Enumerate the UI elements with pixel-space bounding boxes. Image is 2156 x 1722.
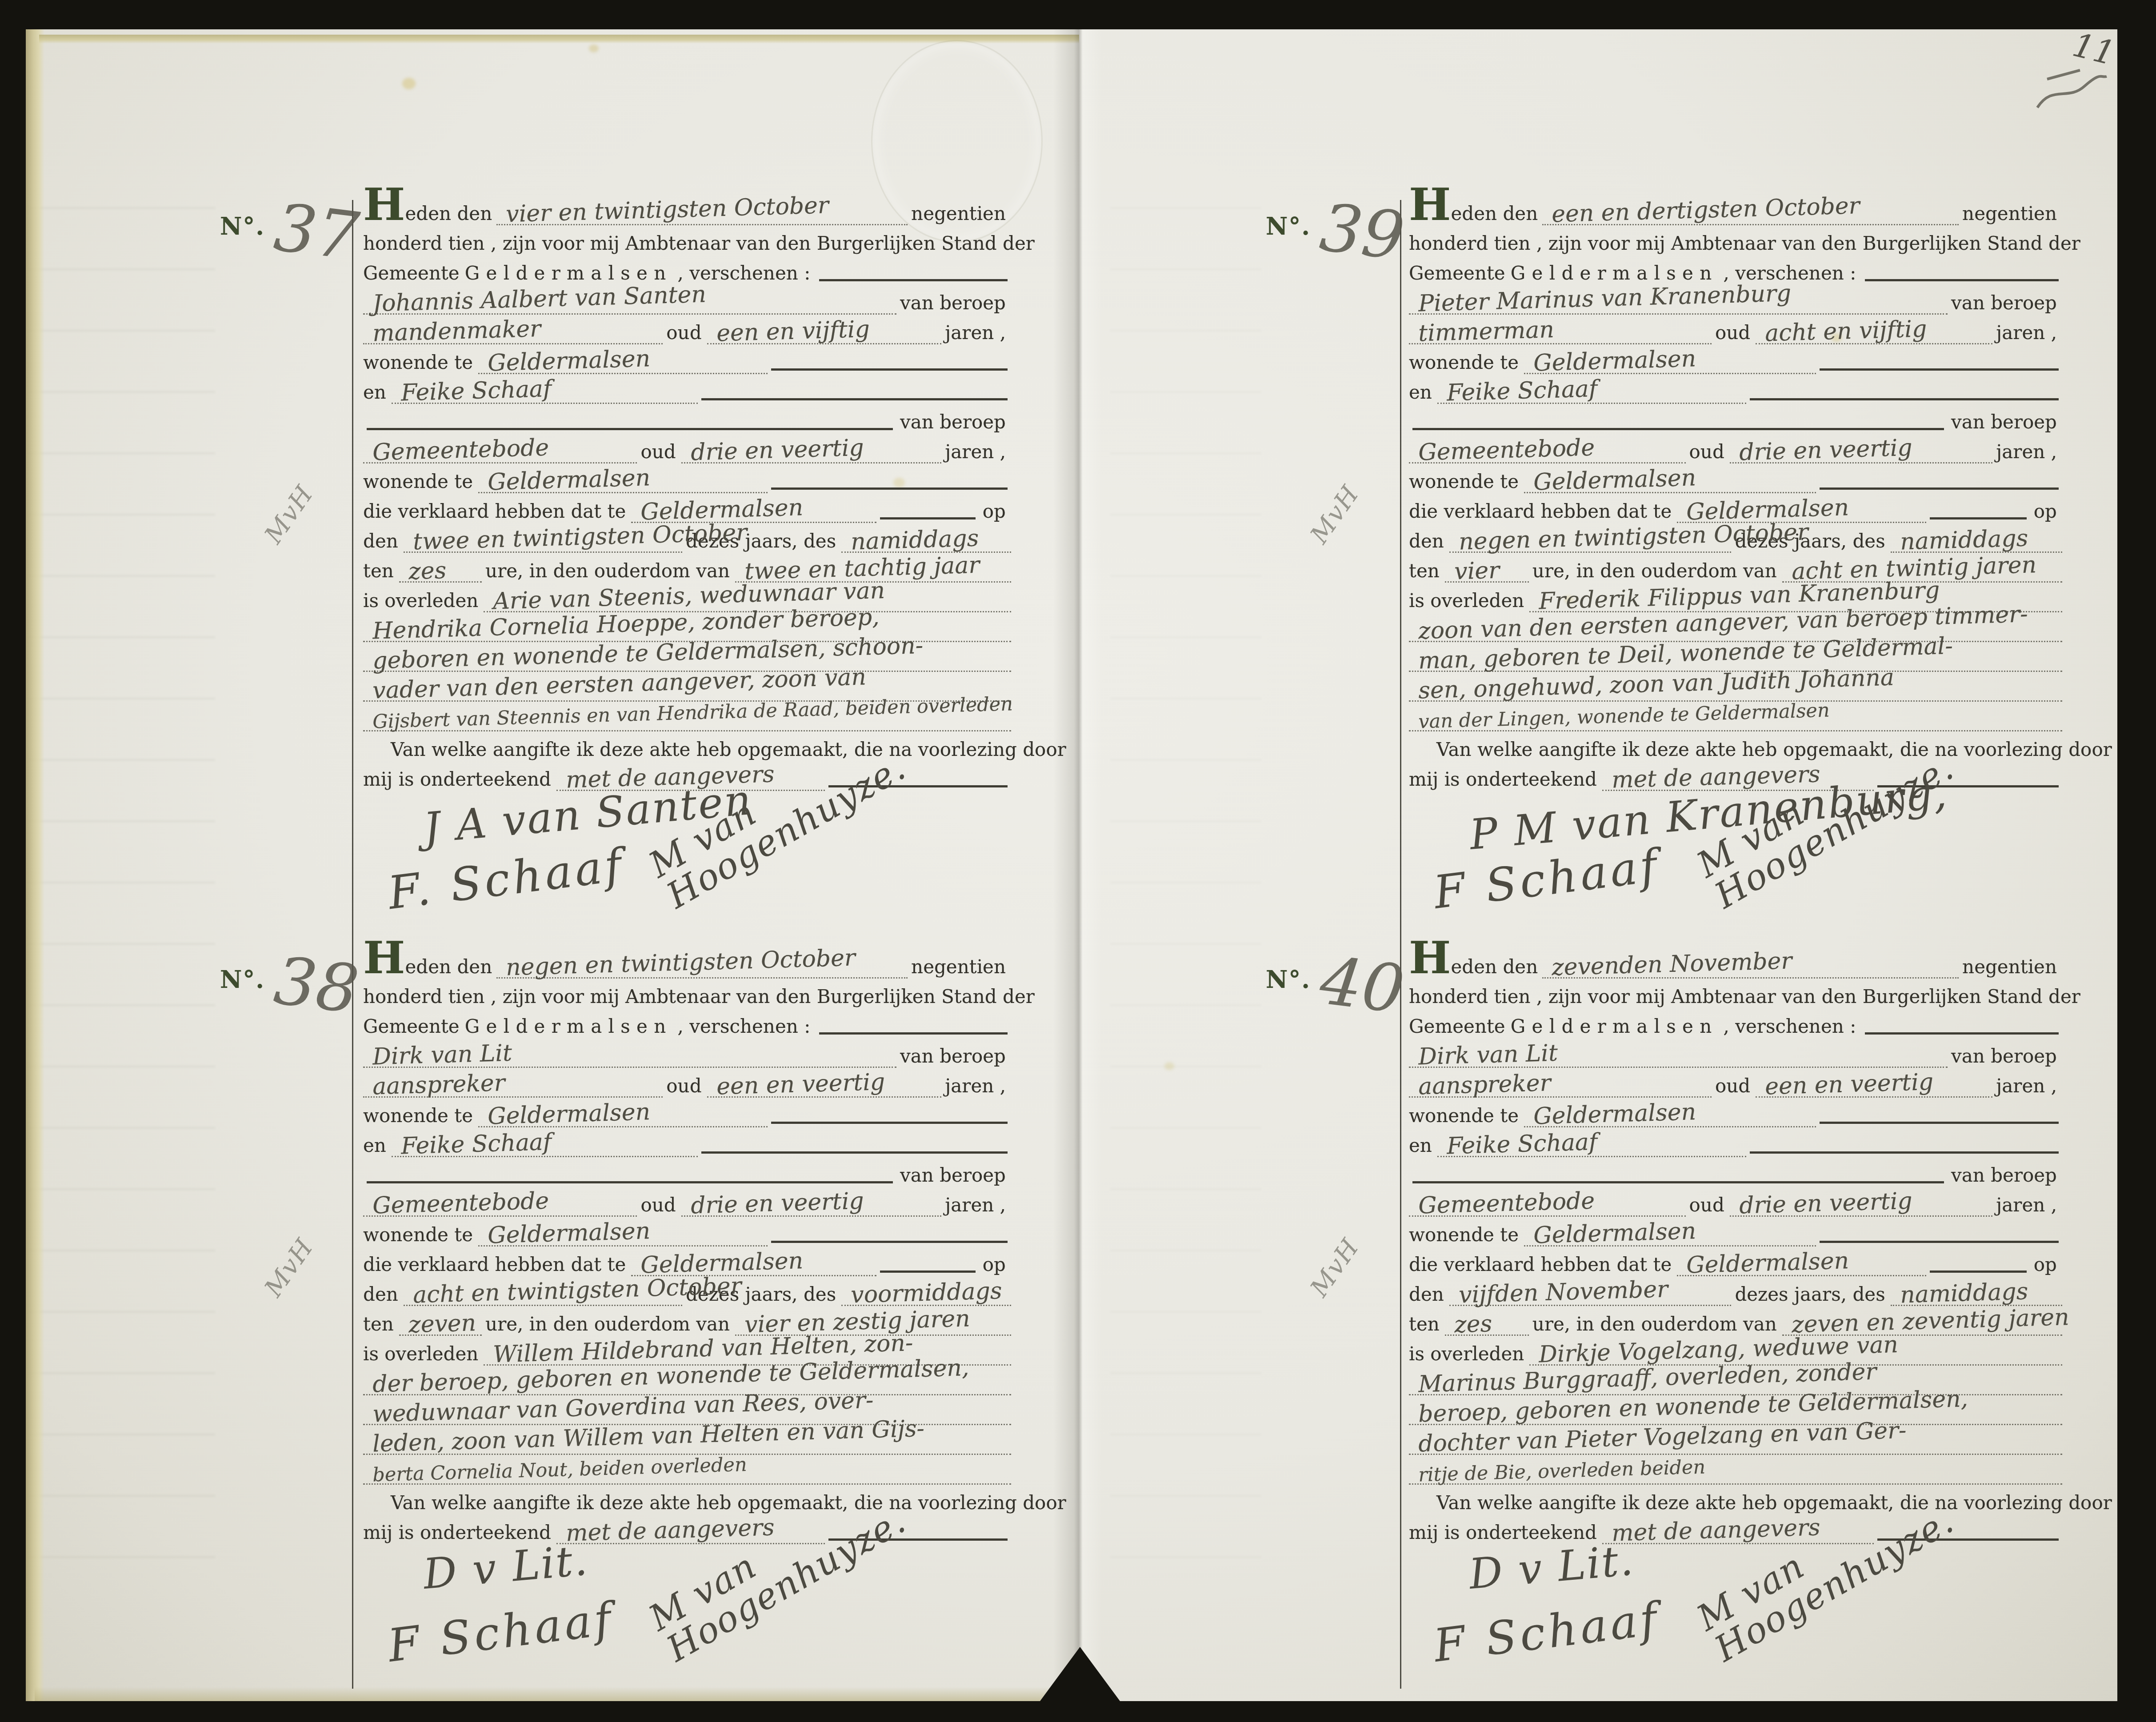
printed-text: mij is onderteekend — [363, 769, 556, 791]
printed-text: , verschenen : — [1724, 1016, 1862, 1038]
margin-paraph: MvH — [261, 1235, 318, 1301]
death-record: N°. 39 MvH Heden den een en dertigsten O… — [1266, 196, 2062, 949]
printed-text: die verklaard hebben dat te — [363, 1254, 631, 1276]
line-deceased-2: der beroep, geboren en wonende te Gelder… — [363, 1366, 1011, 1395]
paper-stain — [402, 78, 416, 89]
handwriting-appearer1-name: Dirk van Lit — [363, 1043, 515, 1068]
line-appearer2-occupation: Gemeentebode oud drie en veertig jaren , — [1409, 1187, 2062, 1217]
printed-text: op — [2030, 1254, 2062, 1276]
handwriting-act-date: een en dertigsten October — [1542, 196, 1863, 225]
field-act-date: vier en twintigsten October — [496, 204, 908, 225]
line-municipality: Gemeente Geldermalsen , verschenen : — [1409, 255, 2062, 285]
blank-rule — [1865, 279, 2059, 281]
handwriting-deceased-details: berta Cornelia Nout, beiden overleden — [363, 1457, 750, 1485]
handwriting-day-part: namiddags — [1890, 1282, 2031, 1306]
handwriting-death-place: Geldermalsen — [1676, 1251, 1852, 1276]
printed-text: jaren , — [941, 441, 1011, 463]
field-death-place: Geldermalsen — [631, 501, 876, 523]
printed-text: wonende te — [363, 1105, 478, 1127]
field-deceased-age: zeven en zeventig jaren — [1782, 1314, 2062, 1336]
bleedthrough-lines — [1110, 207, 1261, 1585]
field-death-place: Geldermalsen — [1677, 1255, 1926, 1276]
field-appearer2-residence: Geldermalsen — [478, 1225, 768, 1247]
printed-text: jaren , — [1992, 1195, 2062, 1217]
page-edge-strip — [26, 29, 44, 1701]
line-death-date: den vijfden November dezes jaars, des na… — [1409, 1276, 2062, 1306]
bleedthrough-lines — [28, 207, 215, 1585]
field-appearer1-residence: Geldermalsen — [1524, 1106, 1816, 1127]
binding-fold-notch — [1040, 1647, 1120, 1701]
printed-text: negentien — [1959, 956, 2062, 979]
field-appearer1-name: Pieter Marinus van Kranenburg — [1409, 293, 1948, 315]
handwriting-appearer2-occupation: Gemeentebode — [363, 1191, 552, 1217]
printed-text: en — [363, 382, 392, 404]
field-day-part: namiddags — [1891, 531, 2062, 553]
line-declaration-place: die verklaard hebben dat te Geldermalsen… — [1409, 1247, 2062, 1276]
printed-text: is overleden — [363, 1343, 484, 1366]
paper-stain — [1164, 1062, 1174, 1070]
signature-declarant-2: F. Schaaf — [386, 843, 627, 916]
line-date: Heden den zevenden November negentien — [1409, 949, 2062, 979]
handwriting-appearer2-age: drie en veertig — [1729, 1191, 1916, 1217]
record-number: 38 — [271, 947, 362, 1023]
blank-rule — [1820, 487, 2059, 490]
printed-text: wonende te — [363, 471, 478, 493]
blank-rule — [1412, 428, 1944, 430]
printed-text: jaren , — [1992, 322, 2062, 344]
handwriting-day-part: namiddags — [1890, 528, 2031, 553]
blank-rule — [1820, 368, 2059, 371]
printed-text: , verschenen : — [678, 1016, 816, 1038]
printed-text: honderd tien , zijn voor mij Ambtenaar v… — [1409, 233, 2080, 255]
blank-rule — [771, 487, 1008, 490]
printed-text: is overleden — [1409, 590, 1529, 612]
printed-text: is overleden — [1409, 1343, 1529, 1366]
line-appearer1-residence: wonende te Geldermalsen — [1409, 344, 2062, 374]
line-appearer1-occupation: mandenmaker oud een en vijftig jaren , — [363, 315, 1011, 344]
printed-text: jaren , — [941, 1075, 1011, 1098]
field-act-date: zevenden November — [1542, 957, 1959, 979]
printed-text: honderd tien , zijn voor mij Ambtenaar v… — [1409, 986, 2080, 1008]
blank-rule — [1820, 1241, 2059, 1243]
field-hour: zeven — [399, 1314, 482, 1336]
field-appearer2-age: drie en veertig — [1730, 442, 1992, 463]
field-appearer2-name: Feike Schaaf — [392, 382, 698, 404]
handwriting-hour: vier — [1444, 560, 1503, 583]
handwriting-deceased-details: sen, ongehuwd, zoon van Judith Johanna — [1408, 667, 1897, 702]
line-municipality: Gemeente Geldermalsen , verschenen : — [363, 255, 1011, 285]
line-appearer2-occupation: Gemeentebode oud drie en veertig jaren , — [363, 434, 1011, 463]
handwriting-act-date: vier en twintigsten October — [496, 196, 832, 225]
line-appearer1-residence: wonende te Geldermalsen — [363, 344, 1011, 374]
handwriting-appearer1-occupation: aanspreker — [363, 1073, 508, 1098]
death-record: N°. 40 MvH Heden den zevenden November n… — [1266, 949, 2062, 1701]
field-appearer2-occupation: Gemeentebode — [363, 1195, 637, 1217]
printed-text: van beroep — [896, 1046, 1011, 1068]
printed-text: jaren , — [1992, 441, 2062, 463]
printed-text: Gemeente — [363, 1016, 465, 1038]
handwriting-appearer2-residence: Geldermalsen — [478, 1221, 653, 1247]
page-edge-strip — [39, 35, 1079, 44]
printed-text: honderd tien , zijn voor mij Ambtenaar v… — [363, 986, 1035, 1008]
line-date: Heden den vier en twintigsten October ne… — [363, 196, 1011, 225]
line-officials: honderd tien , zijn voor mij Ambtenaar v… — [363, 225, 1011, 255]
printed-text: ten — [363, 1314, 399, 1336]
line-municipality: Gemeente Geldermalsen , verschenen : — [363, 1008, 1011, 1038]
blank-rule — [771, 1122, 1008, 1124]
printed-text: van beroep — [1948, 1165, 2062, 1187]
field-death-place: Geldermalsen — [631, 1255, 876, 1276]
blank-rule — [771, 368, 1008, 371]
printed-text: oud — [637, 441, 681, 463]
field-appearer2-age: drie en veertig — [681, 442, 942, 463]
printed-text: oud — [1686, 441, 1730, 463]
field-hour: vier — [1445, 561, 1529, 583]
printed-text: van beroep — [896, 1165, 1011, 1187]
line-appearer2-occupation: Gemeentebode oud drie en veertig jaren , — [1409, 434, 2062, 463]
field-appearer2-occupation: Gemeentebode — [363, 442, 637, 463]
field-day-part: namiddags — [1891, 1284, 2062, 1306]
blank-rule — [1865, 1032, 2059, 1035]
handwriting-deceased-details: ritje de Bie, overleden beiden — [1408, 1459, 1708, 1485]
printed-text: en — [1409, 1135, 1437, 1157]
handwriting-appearer1-age: een en vijftig — [706, 319, 872, 344]
handwriting-deceased-age: zeven en zeventig jaren — [1782, 1307, 2072, 1336]
line-appearer2-name: en Feike Schaaf — [1409, 374, 2062, 404]
printed-text: op — [979, 1254, 1011, 1276]
handwriting-appearer1-age: een en veertig — [1755, 1072, 1936, 1098]
handwriting-appearer2-occupation: Gemeentebode — [1408, 1191, 1598, 1217]
printed-text: ten — [1409, 560, 1445, 583]
line-death-hour-age: ten vier ure, in den ouderdom van acht e… — [1409, 553, 2062, 583]
printed-text: oud — [1686, 1195, 1730, 1217]
field-appearer1-residence: Geldermalsen — [478, 352, 768, 374]
field-appearer1-name: Dirk van Lit — [363, 1046, 896, 1068]
printed-no-label: N°. — [220, 967, 265, 991]
margin-paraph: MvH — [261, 481, 318, 548]
field-appearer1-name: Johannis Aalbert van Santen — [363, 293, 896, 315]
blank-rule — [367, 1181, 893, 1183]
handwriting-appearer1-residence: Geldermalsen — [1524, 349, 1699, 374]
line-death-hour-age: ten zeven ure, in den ouderdom van vier … — [363, 1306, 1011, 1336]
printed-text: Geldermalsen — [1511, 1016, 1724, 1038]
printed-text: Gemeente — [1409, 263, 1511, 285]
blank-rule — [1750, 1151, 2059, 1154]
blank-rule — [1930, 1271, 2027, 1273]
handwriting-hour: zes — [399, 561, 449, 583]
blank-rule — [367, 428, 893, 430]
line-date: Heden den negen en twintigsten October n… — [363, 949, 1011, 979]
printed-text: oud — [637, 1195, 681, 1217]
field-appearer2-name: Feike Schaaf — [392, 1135, 698, 1157]
printed-text: oud — [1712, 1075, 1756, 1098]
handwriting-death-place: Geldermalsen — [631, 498, 806, 523]
signature-declarant-2: F Schaaf — [1432, 843, 1663, 916]
handwriting-appearer2-name: Feike Schaaf — [1437, 1132, 1600, 1157]
printed-text: Gemeente — [1409, 1016, 1511, 1038]
blank-rule — [880, 517, 976, 519]
field-appearer1-age: een en veertig — [1756, 1076, 1992, 1098]
printed-no-label: N°. — [220, 214, 265, 238]
line-appearer1-occupation: timmerman oud acht en vijftig jaren , — [1409, 315, 2062, 344]
field-appearer2-residence: Geldermalsen — [1524, 1225, 1816, 1247]
handwriting-appearer2-age: drie en veertig — [1729, 438, 1916, 463]
handwriting-act-date: negen en twintigsten October — [496, 948, 859, 979]
printed-text: jaren , — [1992, 1075, 2062, 1098]
record-body: Heden den zevenden November negentien ho… — [1409, 949, 2062, 1701]
field-death-date: negen en twintigsten October — [1449, 531, 1732, 553]
blank-rule — [771, 1241, 1008, 1243]
printed-text: dezes jaars, des — [1731, 1284, 1890, 1306]
field-appearer1-age: een en veertig — [707, 1076, 942, 1098]
record-number: 37 — [271, 194, 362, 270]
printed-text: oud — [663, 1075, 707, 1098]
printed-text: den — [1409, 531, 1449, 553]
field-day-part: namiddags — [841, 531, 1011, 553]
printed-text: mij is onderteekend — [1409, 769, 1602, 791]
line-declaration-place: die verklaard hebben dat te Geldermalsen… — [1409, 493, 2062, 523]
handwriting-appearer2-age: drie en veertig — [680, 438, 867, 463]
field-act-date: negen en twintigsten October — [496, 957, 908, 979]
line-officials: honderd tien , zijn voor mij Ambtenaar v… — [1409, 225, 2062, 255]
record-body: Heden den een en dertigsten October nege… — [1409, 196, 2062, 949]
record-number: 39 — [1317, 194, 1408, 270]
handwriting-day-part: namiddags — [841, 528, 982, 553]
line-appearer2-residence: wonende te Geldermalsen — [363, 463, 1011, 493]
folio-number-value: 11 — [2069, 29, 2117, 70]
handwriting-act-date: zevenden November — [1542, 951, 1795, 979]
signature-block: D v Lit. F Schaaf M van Hoogenhuyze. — [363, 1544, 1011, 1701]
handwriting-hour: zeven — [399, 1313, 479, 1336]
paper-stain — [589, 44, 599, 52]
line-appearer2-beroep-label: van beroep — [1409, 1157, 2062, 1187]
printed-text: op — [979, 501, 1011, 523]
line-appearer1-residence: wonende te Geldermalsen — [363, 1098, 1011, 1127]
handwriting-appearer2-occupation: Gemeentebode — [363, 438, 552, 463]
line-deceased-1: is overleden Arie van Steenis, weduwnaar… — [363, 583, 1011, 612]
line-death-date: den twee en twintigsten October dezes ja… — [363, 523, 1011, 553]
line-deceased-1: is overleden Dirkje Vogelzang, weduwe va… — [1409, 1336, 2062, 1366]
printed-text: ure, in den ouderdom van — [1529, 560, 1782, 583]
handwriting-appearer2-residence: Geldermalsen — [478, 468, 653, 493]
field-death-date: twee en twintigsten October — [404, 531, 682, 553]
printed-text: van beroep — [896, 412, 1011, 434]
field-appearer1-occupation: aanspreker — [363, 1076, 663, 1098]
blank-rule — [1930, 517, 2027, 519]
field-act-date: een en dertigsten October — [1542, 204, 1959, 225]
handwriting-appearer2-residence: Geldermalsen — [1524, 468, 1699, 493]
printed-text: ure, in den ouderdom van — [482, 1314, 735, 1336]
death-record: N°. 37 MvH Heden den vier en twintigsten… — [220, 196, 1011, 949]
folio-number: 11 — [2035, 33, 2117, 116]
blank-rule — [880, 1271, 976, 1273]
record-number-column: N°. 40 — [1266, 952, 1401, 1018]
printed-text: honderd tien , zijn voor mij Ambtenaar v… — [363, 233, 1035, 255]
handwriting-appearer2-name: Feike Schaaf — [391, 379, 555, 404]
handwriting-death-place: Geldermalsen — [1676, 498, 1852, 523]
line-officials: honderd tien , zijn voor mij Ambtenaar v… — [1409, 979, 2062, 1008]
field-appearer1-residence: Geldermalsen — [478, 1106, 768, 1127]
line-appearer2-name: en Feike Schaaf — [1409, 1127, 2062, 1157]
handwriting-appearer1-name: Pieter Marinus van Kranenburg — [1408, 284, 1794, 315]
handwriting-appearer1-residence: Geldermalsen — [478, 349, 653, 374]
handwriting-signed-with: met de aangevers — [556, 1518, 777, 1544]
printed-text: oud — [663, 322, 707, 344]
handwriting-appearer1-name: Dirk van Lit — [1408, 1043, 1561, 1068]
printed-text: Geldermalsen — [465, 263, 678, 285]
handwriting-death-place: Geldermalsen — [631, 1251, 806, 1276]
printed-text: van beroep — [1948, 292, 2062, 315]
printed-text: jaren , — [941, 322, 1011, 344]
line-appearer1-name: Pieter Marinus van Kranenburg van beroep — [1409, 285, 2062, 315]
handwriting-day-part: voormiddags — [841, 1281, 1005, 1306]
line-deceased-3: man, geboren te Deil, wonende te Gelderm… — [1409, 642, 2062, 672]
printed-text: ure, in den ouderdom van — [1529, 1314, 1782, 1336]
line-date: Heden den een en dertigsten October nege… — [1409, 196, 2062, 225]
printed-text: ure, in den ouderdom van — [482, 560, 735, 583]
handwriting-appearer1-occupation: mandenmaker — [363, 319, 544, 344]
signature-declarant-2: F Schaaf — [386, 1596, 617, 1669]
printed-text: wonende te — [1409, 1105, 1524, 1127]
field-appearer1-age: acht en vijftig — [1756, 323, 1992, 344]
margin-paraph: MvH — [1307, 1235, 1364, 1301]
handwriting-death-date: vijfden November — [1449, 1279, 1671, 1306]
handwriting-hour: zes — [1444, 1314, 1495, 1336]
printed-text: wonende te — [1409, 1224, 1524, 1247]
line-appearer1-occupation: aanspreker oud een en veertig jaren , — [1409, 1068, 2062, 1098]
line-municipality: Gemeente Geldermalsen , verschenen : — [1409, 1008, 2062, 1038]
folio-paraph-icon — [2035, 63, 2110, 116]
line-appearer2-beroep-label: van beroep — [363, 404, 1011, 434]
printed-text: die verklaard hebben dat te — [363, 501, 631, 523]
handwriting-appearer1-name: Johannis Aalbert van Santen — [363, 284, 709, 315]
field-appearer2-age: drie en veertig — [681, 1195, 942, 1217]
handwriting-appearer1-age: acht en vijftig — [1755, 319, 1930, 344]
printed-text: Geldermalsen — [465, 1016, 678, 1038]
field-appearer1-occupation: mandenmaker — [363, 323, 663, 344]
field-appearer1-name: Dirk van Lit — [1409, 1046, 1948, 1068]
line-deceased-3: beroep, geboren en wonende te Geldermals… — [1409, 1395, 2062, 1425]
field-appearer1-occupation: timmerman — [1409, 323, 1712, 344]
handwriting-deceased-details: van der Lingen, wonende te Geldermalsen — [1408, 703, 1832, 731]
line-appearer2-residence: wonende te Geldermalsen — [1409, 463, 2062, 493]
record-number-column: N°. 38 — [220, 952, 356, 1018]
handwriting-appearer1-occupation: aanspreker — [1408, 1073, 1554, 1098]
line-death-date: den negen en twintigsten October dezes j… — [1409, 523, 2062, 553]
line-death-hour-age: ten zes ure, in den ouderdom van twee en… — [363, 553, 1011, 583]
field-death-date: vijfden November — [1449, 1284, 1732, 1306]
signature-declarant-2: F Schaaf — [1432, 1596, 1663, 1669]
printed-text: van beroep — [1948, 412, 2062, 434]
field-hour: zes — [1445, 1314, 1529, 1336]
blank-rule — [819, 1032, 1008, 1035]
printed-text: ten — [363, 560, 399, 583]
register-spread: 11 N°. 37 MvH Heden den vier en twintigs… — [26, 29, 2117, 1701]
printed-text: is overleden — [363, 590, 484, 612]
field-day-part: voormiddags — [841, 1284, 1011, 1306]
handwriting-signed-with: met de aangevers — [1602, 1518, 1823, 1544]
handwriting-appearer1-occupation: timmerman — [1408, 320, 1557, 344]
signature-declarant-1: D v Lit. — [422, 1540, 590, 1596]
field-hour: zes — [399, 561, 482, 583]
field-appearer2-residence: Geldermalsen — [1524, 471, 1816, 493]
record-body: Heden den vier en twintigsten October ne… — [363, 196, 1011, 949]
handwriting-appearer2-occupation: Gemeentebode — [1408, 438, 1598, 463]
blank-rule — [701, 1151, 1008, 1154]
handwriting-appearer2-age: drie en veertig — [680, 1191, 867, 1217]
blank-rule — [701, 398, 1008, 400]
printed-text: ten — [1409, 1314, 1445, 1336]
printed-text: wonende te — [1409, 471, 1524, 493]
printed-text: Geldermalsen — [1511, 263, 1724, 285]
record-number: 40 — [1317, 947, 1408, 1023]
blank-rule — [1750, 398, 2059, 400]
line-deceased-2: zoon van den eersten aangever, van beroe… — [1409, 612, 2062, 642]
printed-text: Heden den — [1409, 192, 1542, 225]
line-appearer2-occupation: Gemeentebode oud drie en veertig jaren , — [363, 1187, 1011, 1217]
record-number-column: N°. 37 — [220, 199, 356, 265]
line-appearer2-name: en Feike Schaaf — [363, 374, 1011, 404]
printed-text: van beroep — [1948, 1046, 2062, 1068]
line-appearer2-residence: wonende te Geldermalsen — [363, 1217, 1011, 1247]
printed-text: jaren , — [941, 1195, 1011, 1217]
printed-text: Heden den — [363, 946, 496, 979]
printed-text: negentien — [908, 203, 1011, 225]
field-appearer2-name: Feike Schaaf — [1437, 382, 1746, 404]
printed-text: Gemeente — [363, 263, 465, 285]
line-officials: honderd tien , zijn voor mij Ambtenaar v… — [363, 979, 1011, 1008]
printed-text: den — [363, 1284, 404, 1306]
printed-text: wonende te — [363, 352, 478, 374]
line-appearer1-name: Dirk van Lit van beroep — [363, 1038, 1011, 1068]
record-number-column: N°. 39 — [1266, 199, 1401, 265]
blank-rule — [1412, 1181, 1944, 1183]
field-appearer2-residence: Geldermalsen — [478, 471, 768, 493]
field-appearer1-occupation: aanspreker — [1409, 1076, 1712, 1098]
signature-declarant-1: D v Lit. — [1468, 1540, 1636, 1596]
handwriting-appearer1-residence: Geldermalsen — [1524, 1102, 1699, 1127]
field-death-date: acht en twintigsten October — [404, 1284, 682, 1306]
printed-text: van beroep — [896, 292, 1011, 315]
line-appearer2-beroep-label: van beroep — [363, 1157, 1011, 1187]
printed-text: wonende te — [363, 1224, 478, 1247]
signature-block: P M van Kranenburg, F Schaaf M van Hooge… — [1409, 791, 2062, 949]
handwriting-appearer1-residence: Geldermalsen — [478, 1102, 653, 1127]
blank-rule — [1820, 1122, 2059, 1124]
line-appearer2-residence: wonende te Geldermalsen — [1409, 1217, 2062, 1247]
death-record: N°. 38 MvH Heden den negen en twintigste… — [220, 949, 1011, 1701]
signature-block: J A van Santen F. Schaaf M van Hoogenhuy… — [363, 791, 1011, 949]
line-appearer1-occupation: aanspreker oud een en veertig jaren , — [363, 1068, 1011, 1098]
printed-no-label: N°. — [1266, 214, 1311, 238]
field-appearer2-occupation: Gemeentebode — [1409, 1195, 1686, 1217]
blank-rule — [819, 279, 1008, 281]
printed-text: en — [363, 1135, 392, 1157]
field-appearer1-age: een en vijftig — [707, 323, 942, 344]
handwriting-appearer2-name: Feike Schaaf — [1437, 379, 1600, 404]
line-death-hour-age: ten zes ure, in den ouderdom van zeven e… — [1409, 1306, 2062, 1336]
line-death-date: den acht en twintigsten October dezes ja… — [363, 1276, 1011, 1306]
printed-text: den — [363, 531, 404, 553]
field-appearer2-age: drie en veertig — [1730, 1195, 1992, 1217]
printed-text: wonende te — [1409, 352, 1524, 374]
margin-paraph: MvH — [1307, 481, 1364, 548]
printed-text: die verklaard hebben dat te — [1409, 1254, 1677, 1276]
line-declaration-place: die verklaard hebben dat te Geldermalsen… — [363, 493, 1011, 523]
signature-block: D v Lit. F Schaaf M van Hoogenhuyze. — [1409, 1544, 2062, 1701]
field-appearer2-occupation: Gemeentebode — [1409, 442, 1686, 463]
line-appearer1-residence: wonende te Geldermalsen — [1409, 1098, 2062, 1127]
